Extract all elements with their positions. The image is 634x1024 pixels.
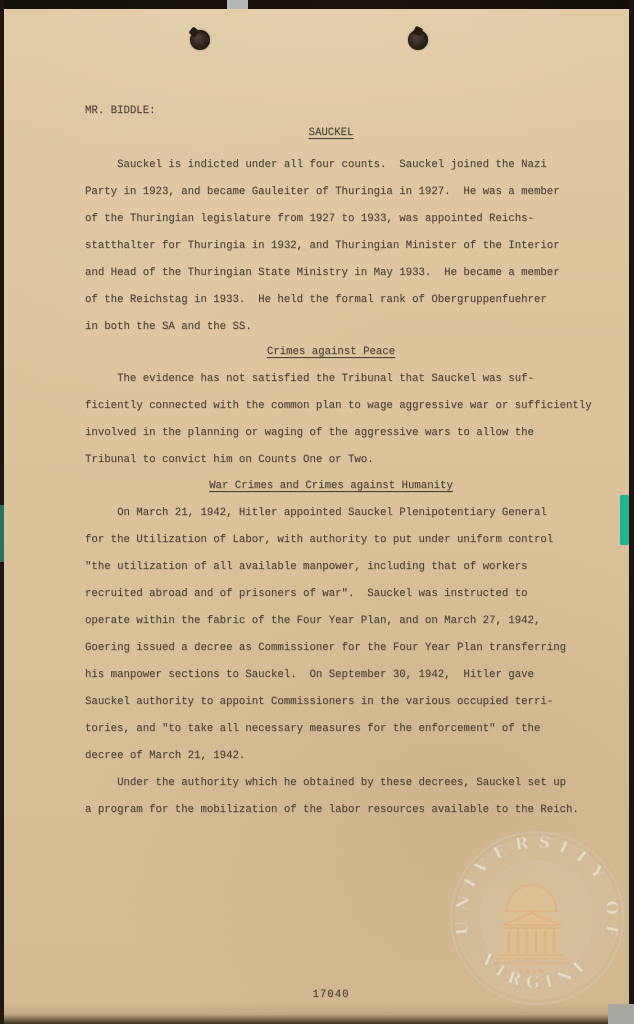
scanned-document-page: { "doc": { "addressee": "MR. BIDDLE:", "… (0, 0, 634, 1024)
paragraph-mobilization-program: Under the authority which he obtained by… (85, 770, 577, 824)
document-title: SAUCKEL (85, 120, 577, 147)
teal-mark-right-edge (620, 495, 629, 545)
scan-edge-gray-tab (227, 0, 248, 9)
seal-year-text: 1819 (518, 967, 545, 976)
rotunda-icon (493, 885, 570, 963)
document-title-text: SAUCKEL (309, 127, 354, 139)
seal-middle-ring (456, 837, 618, 999)
paragraph-career: Sauckel is indicted under all four count… (85, 152, 577, 341)
scan-edge-right (629, 0, 634, 1024)
heading-crimes-against-peace: Crimes against Peace (85, 339, 577, 366)
heading-war-crimes-text: War Crimes and Crimes against Humanity (209, 480, 453, 492)
punch-hole-left (190, 30, 210, 50)
paragraph-labor-decrees: On March 21, 1942, Hitler appointed Sauc… (85, 500, 577, 770)
heading-war-crimes: War Crimes and Crimes against Humanity (85, 473, 577, 500)
seal-arc-top-text: UNIVERSITY OF (451, 832, 622, 947)
teal-mark-left-edge (0, 505, 4, 562)
seal-outer-ring (451, 832, 623, 1004)
seal-inner-ring (480, 861, 594, 975)
punch-hole-right (408, 30, 428, 50)
scan-corner-gray-patch (608, 1004, 634, 1024)
scan-edge-top (0, 0, 634, 9)
heading-crimes-against-peace-text: Crimes against Peace (267, 346, 395, 358)
paragraph-tribunal-findings: The evidence has not satisfied the Tribu… (85, 366, 577, 474)
page-number: 17040 (85, 982, 577, 1009)
page-number-text: 17040 (312, 989, 349, 1001)
seal-arc-bottom-text: VIRGINIA (443, 824, 593, 992)
